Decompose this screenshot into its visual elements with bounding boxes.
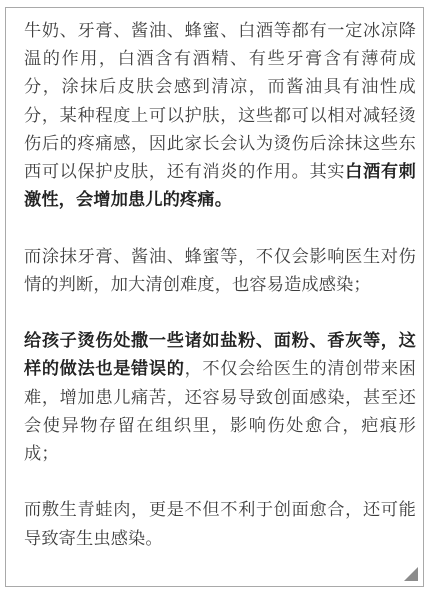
- paragraph-2: 而涂抹牙膏、酱油、蜂蜜等，不仅会影响医生对伤情的判断，加大清创难度，也容易造成感…: [24, 243, 416, 299]
- paragraph-1-text: 牛奶、牙膏、酱油、蜂蜜、白酒等都有一定冰凉降温的作用，白酒含有酒精、有些牙膏含有…: [24, 21, 416, 182]
- paragraph-3: 给孩子烫伤处撒一些诸如盐粉、面粉、香灰等，这样的做法也是错误的，不仅会给医生的清…: [24, 327, 416, 468]
- article-content: 牛奶、牙膏、酱油、蜂蜜、白酒等都有一定冰凉降温的作用，白酒含有酒精、有些牙膏含有…: [24, 17, 416, 553]
- paragraph-2-text: 而涂抹牙膏、酱油、蜂蜜等，不仅会影响医生对伤情的判断，加大清创难度，也容易造成感…: [24, 247, 416, 295]
- article-text-box: 牛奶、牙膏、酱油、蜂蜜、白酒等都有一定冰凉降温的作用，白酒含有酒精、有些牙膏含有…: [5, 7, 424, 587]
- paragraph-1: 牛奶、牙膏、酱油、蜂蜜、白酒等都有一定冰凉降温的作用，白酒含有酒精、有些牙膏含有…: [24, 17, 416, 214]
- paragraph-4-text: 而敷生青蛙肉，更是不但不利于创面愈合，还可能导致寄生虫感染。: [24, 500, 416, 548]
- resize-grip-icon[interactable]: [404, 567, 418, 581]
- paragraph-4: 而敷生青蛙肉，更是不但不利于创面愈合，还可能导致寄生虫感染。: [24, 496, 416, 552]
